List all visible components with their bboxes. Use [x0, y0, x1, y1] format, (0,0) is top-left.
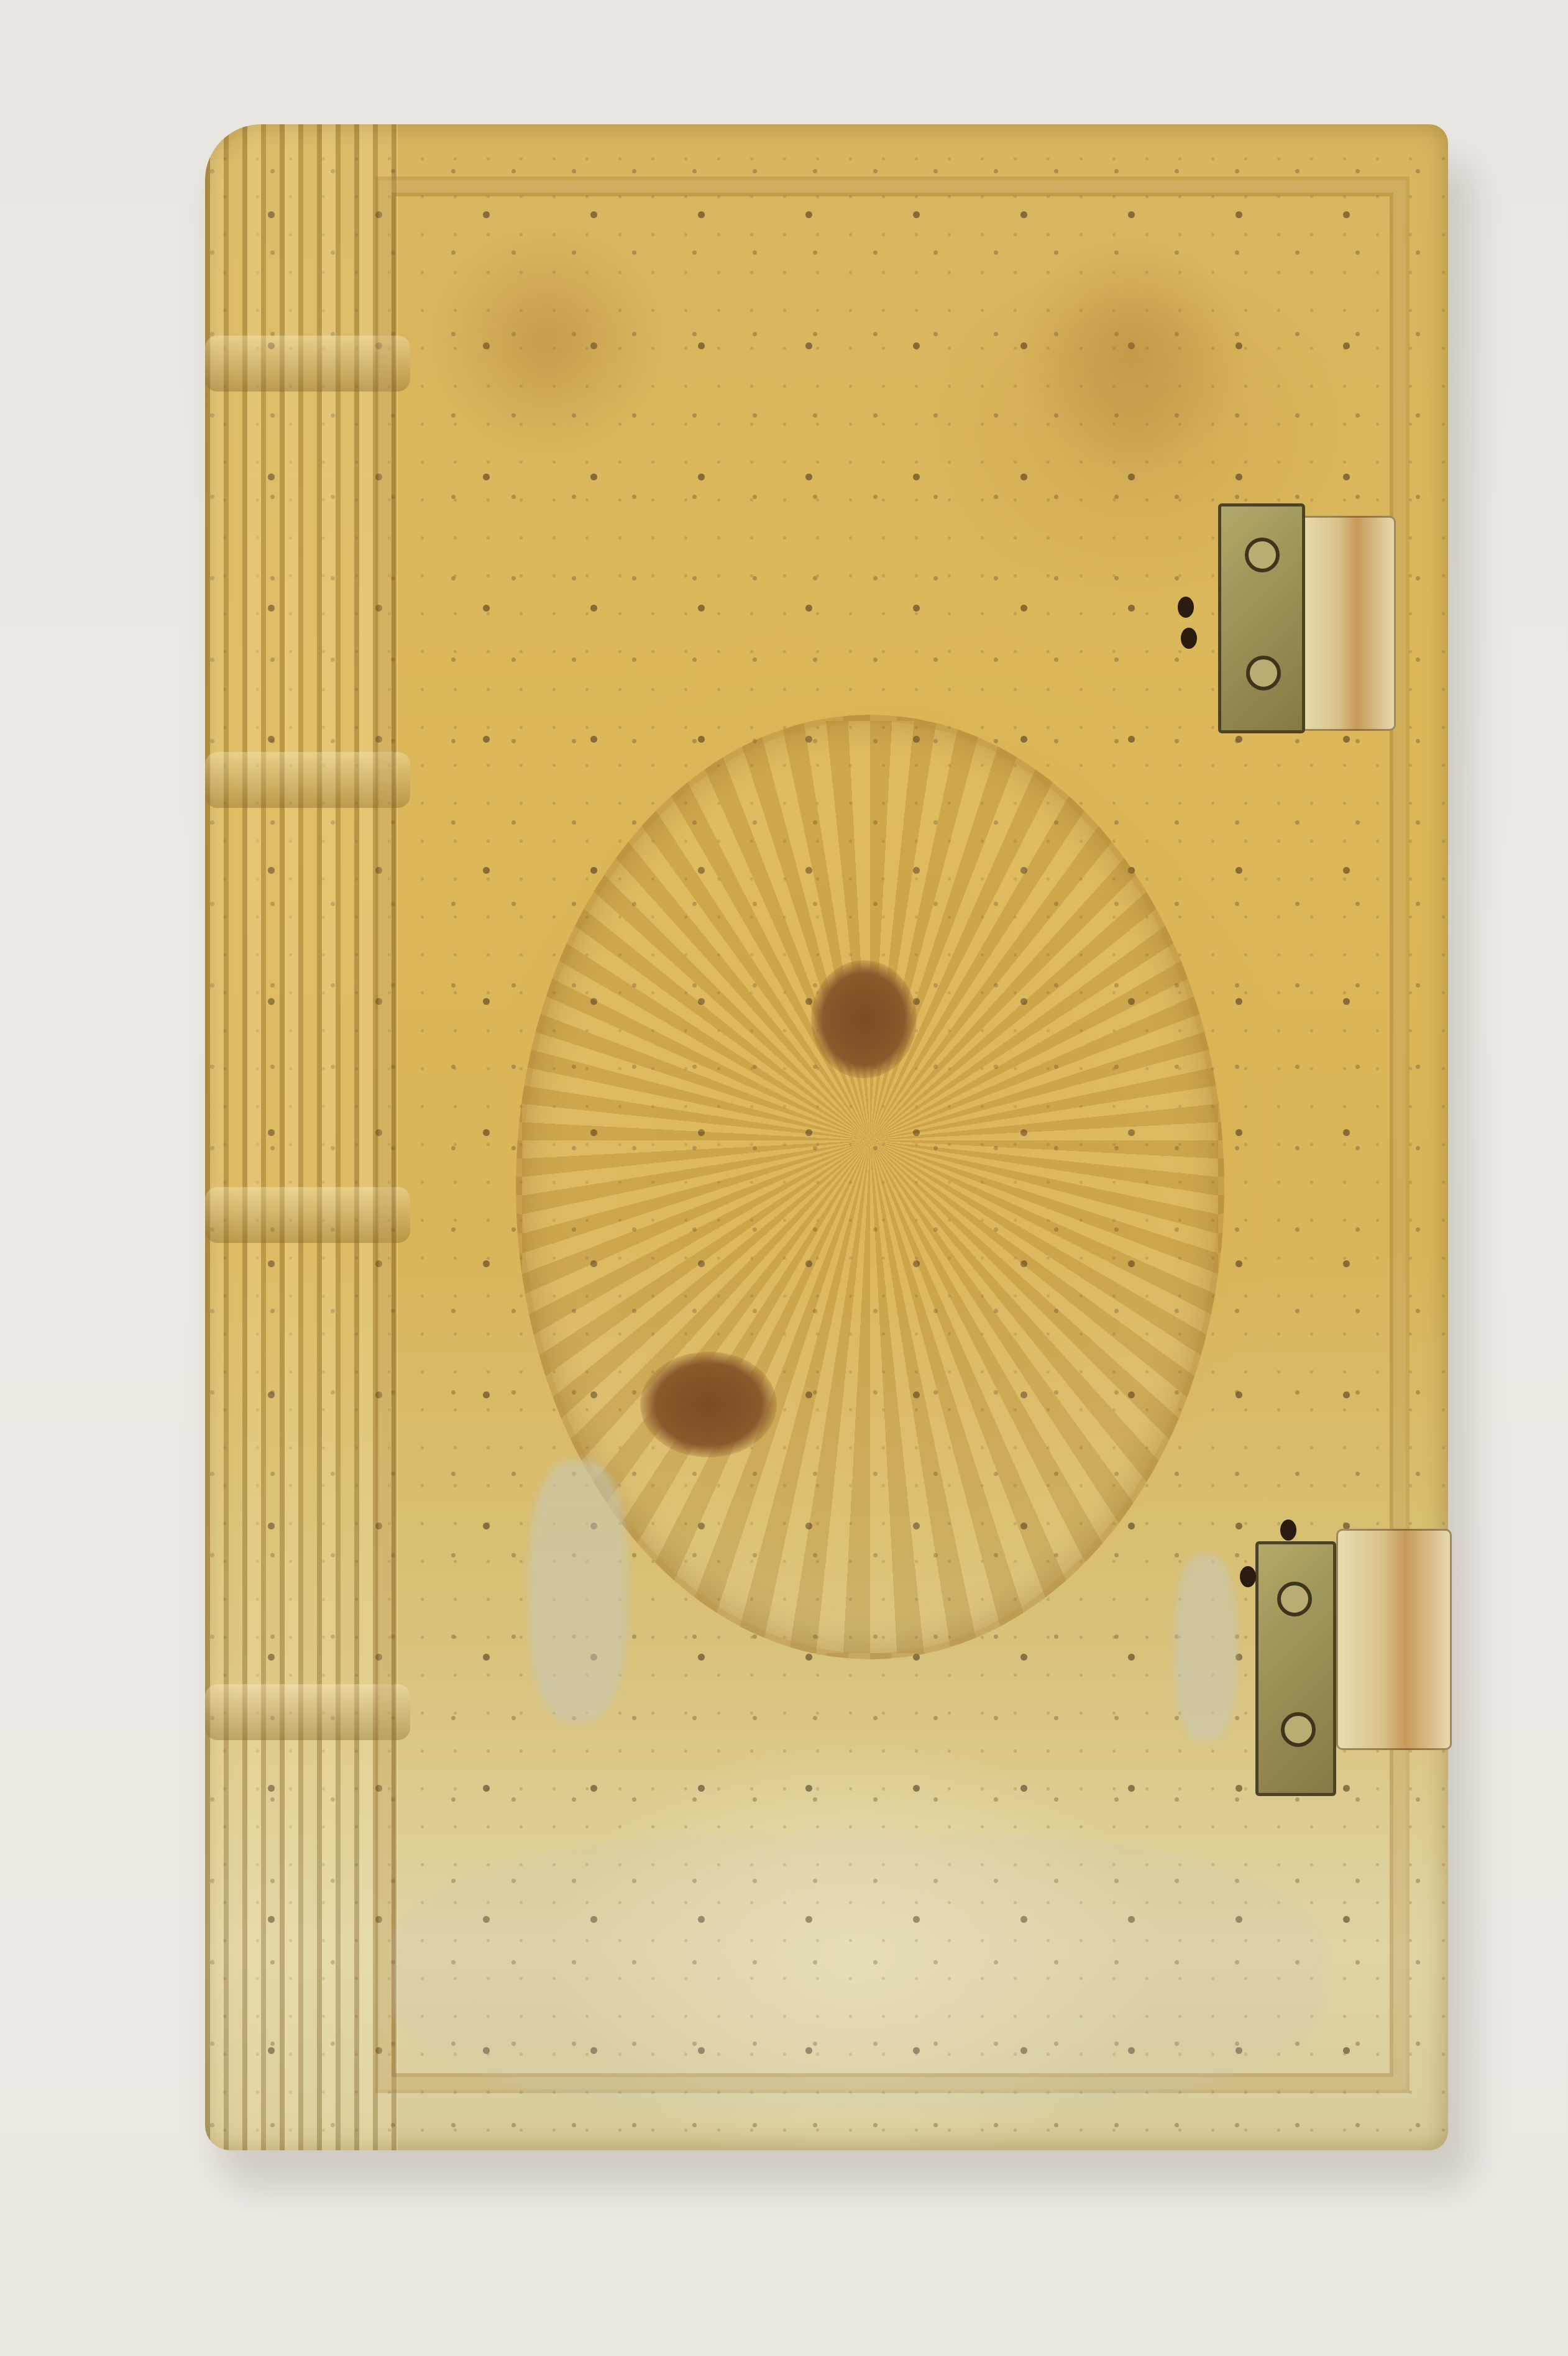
wormhole [1178, 597, 1194, 618]
spine-raised-band [205, 1187, 410, 1243]
rivet-icon [1245, 538, 1280, 572]
wormhole [1181, 628, 1197, 649]
book-cover [205, 124, 1448, 2150]
rivet-icon [1281, 1712, 1316, 1747]
spine-raised-band [205, 1684, 410, 1740]
wormhole [1240, 1566, 1256, 1587]
book-spine [205, 124, 398, 2150]
corner-ornament-icon [429, 224, 665, 460]
worn-patch [528, 1460, 628, 1721]
corner-ornament-icon [1013, 236, 1249, 472]
dark-stain [640, 1352, 777, 1457]
spine-raised-band [205, 752, 410, 808]
rivet-icon [1277, 1582, 1312, 1616]
top-clasp-plate [1218, 503, 1305, 733]
bottom-clasp-strap [1336, 1529, 1452, 1750]
bottom-clasp-plate [1255, 1541, 1336, 1796]
dark-stain [811, 960, 917, 1078]
spine-raised-band [205, 336, 410, 392]
wormhole [1280, 1519, 1296, 1541]
top-clasp-strap [1299, 516, 1396, 731]
rivet-icon [1246, 656, 1281, 690]
worn-patch [1175, 1554, 1237, 1740]
worn-lower-region [392, 1833, 1324, 2113]
